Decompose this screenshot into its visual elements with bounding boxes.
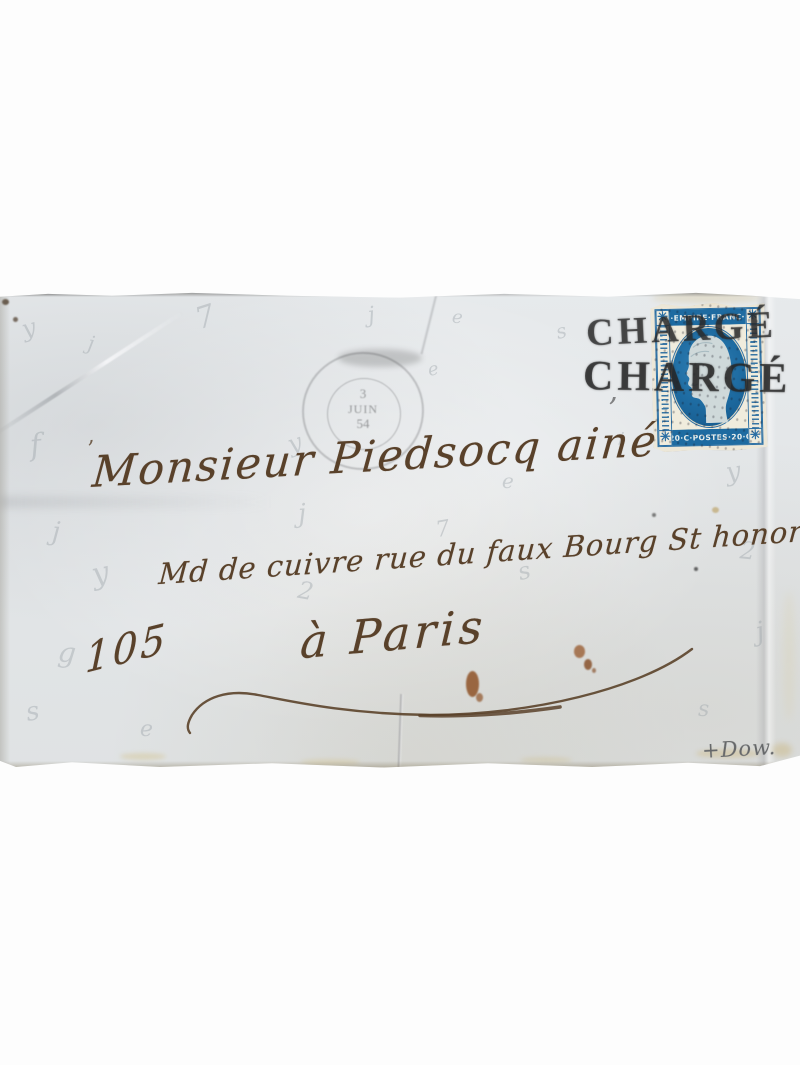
ghost-mark: y bbox=[19, 315, 38, 342]
charge-handstamp-2: CHARGÉ bbox=[583, 356, 792, 401]
ghost-mark: e bbox=[451, 308, 463, 327]
scan-page: yj7jesfjygseyj27esy2jsei’’ 3 JUIN 54 ✳ ·… bbox=[0, 0, 800, 1065]
ghost-mark: j bbox=[367, 305, 377, 328]
ghost-mark: j bbox=[51, 519, 61, 545]
ghost-mark: e bbox=[140, 719, 154, 741]
datestamp-month: JUIN bbox=[302, 402, 424, 416]
envelope-left-edge-shadow bbox=[0, 291, 10, 768]
datestamp-day: 3 bbox=[302, 386, 424, 402]
envelope-top-edge-shadow bbox=[0, 291, 800, 297]
ghost-mark: 2 bbox=[296, 578, 315, 604]
ghost-mark: j bbox=[297, 501, 307, 527]
ghost-mark: s bbox=[24, 698, 42, 726]
ghost-mark: s bbox=[554, 320, 569, 342]
ghost-mark: f bbox=[28, 431, 42, 462]
ghost-mark: y bbox=[724, 458, 742, 486]
ghost-mark: e bbox=[426, 360, 440, 380]
envelope-bottom-edge-shadow bbox=[0, 761, 800, 768]
envelope: yj7jesfjygseyj27esy2jsei’’ 3 JUIN 54 ✳ ·… bbox=[0, 291, 800, 768]
datestamp-text: 3 JUIN 54 bbox=[302, 386, 424, 432]
ghost-mark: 7 bbox=[192, 301, 219, 335]
pencil-annotation: +Dow. bbox=[701, 735, 776, 763]
ghost-mark: j bbox=[86, 333, 96, 354]
ghost-mark: y bbox=[89, 558, 112, 591]
charge-handstamp-1: CHARGÉ bbox=[585, 306, 777, 353]
ghost-mark: g bbox=[57, 638, 78, 668]
ghost-mark: j bbox=[753, 618, 766, 645]
ghost-mark: s bbox=[698, 699, 709, 721]
